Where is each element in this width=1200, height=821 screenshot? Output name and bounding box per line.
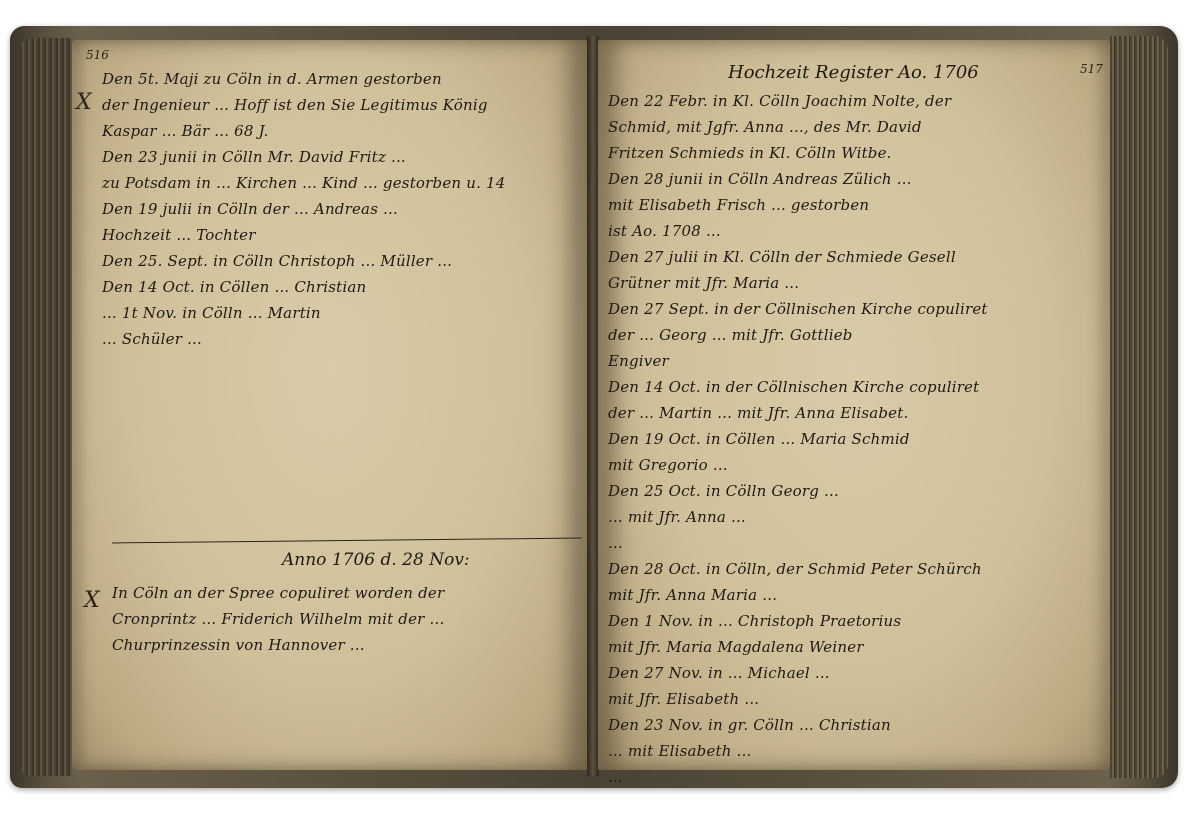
section-heading: Anno 1706 d. 28 Nov:	[282, 550, 470, 570]
entry-line: Grütner mit Jfr. Maria ...	[608, 270, 1098, 296]
page-number-left: 516	[86, 48, 109, 62]
entry-line: ...	[608, 764, 1098, 790]
entry-line: Den 1 Nov. in ... Christoph Praetorius	[608, 608, 1098, 634]
entry-line: mit Jfr. Anna Maria ...	[608, 582, 1098, 608]
entry-line: Churprinzessin von Hannover ...	[112, 632, 582, 658]
entry-line: mit Gregorio ...	[608, 452, 1098, 478]
open-book: 516 X X Den 5t. Maji zu Cöln in d. Armen…	[10, 26, 1178, 788]
entry-line: Fritzen Schmieds in Kl. Cölln Witbe.	[608, 140, 1098, 166]
entry-line: ... 1t Nov. in Cölln ... Martin	[102, 300, 582, 326]
entry-line: zu Potsdam in ... Kirchen ... Kind ... g…	[102, 170, 582, 196]
entry-line: Den 5t. Maji zu Cöln in d. Armen gestorb…	[102, 66, 582, 92]
register-heading: Hochzeit Register Ao. 1706	[728, 62, 979, 83]
entry-line: In Cöln an der Spree copuliret worden de…	[112, 580, 582, 606]
entry-line: der Ingenieur ... Hoff ist den Sie Legit…	[102, 92, 582, 118]
entry-line: Den 27 Nov. in ... Michael ...	[608, 660, 1098, 686]
margin-mark: X	[76, 90, 92, 115]
book-edge-right	[1110, 36, 1168, 778]
entry-line: Den 19 julii in Cölln der ... Andreas ..…	[102, 196, 582, 222]
section-entries: In Cöln an der Spree copuliret worden de…	[112, 580, 582, 658]
entry-line: Den 27 julii in Kl. Cölln der Schmiede G…	[608, 244, 1098, 270]
left-entries: Den 5t. Maji zu Cöln in d. Armen gestorb…	[102, 66, 582, 352]
entry-line: Den 22 Febr. in Kl. Cölln Joachim Nolte,…	[608, 88, 1098, 114]
entry-line: ... Schüler ...	[102, 326, 582, 352]
entry-line: der ... Martin ... mit Jfr. Anna Elisabe…	[608, 400, 1098, 426]
entry-line: Den 23 junii in Cölln Mr. David Fritz ..…	[102, 144, 582, 170]
entry-line: ... mit Jfr. Anna ...	[608, 504, 1098, 530]
right-entries: Den 22 Febr. in Kl. Cölln Joachim Nolte,…	[608, 88, 1098, 790]
entry-line: Den 28 junii in Cölln Andreas Zülich ...	[608, 166, 1098, 192]
entry-line: Den 25. Sept. in Cölln Christoph ... Mül…	[102, 248, 582, 274]
entry-line: ...	[608, 530, 1098, 556]
entry-line: mit Elisabeth Frisch ... gestorben	[608, 192, 1098, 218]
entry-line: Schmid, mit Jgfr. Anna ..., des Mr. Davi…	[608, 114, 1098, 140]
right-page: 517 Hochzeit Register Ao. 1706 Den 22 Fe…	[598, 40, 1110, 770]
left-page: 516 X X Den 5t. Maji zu Cöln in d. Armen…	[72, 40, 587, 770]
margin-mark: X	[84, 588, 100, 613]
entry-line: ist Ao. 1708 ...	[608, 218, 1098, 244]
entry-line: Den 25 Oct. in Cölln Georg ...	[608, 478, 1098, 504]
entry-line: Den 23 Nov. in gr. Cölln ... Christian	[608, 712, 1098, 738]
entry-line: Hochzeit ... Tochter	[102, 222, 582, 248]
entry-line: Den 19 Oct. in Cöllen ... Maria Schmid	[608, 426, 1098, 452]
entry-line: Den 14 Oct. in Cöllen ... Christian	[102, 274, 582, 300]
entry-line: mit Jfr. Elisabeth ...	[608, 686, 1098, 712]
divider-rule	[112, 538, 582, 544]
entry-line: Engiver	[608, 348, 1098, 374]
entry-line: mit Jfr. Maria Magdalena Weiner	[608, 634, 1098, 660]
book-edge-left	[20, 38, 72, 776]
entry-line: Den 14 Oct. in der Cöllnischen Kirche co…	[608, 374, 1098, 400]
page-number-right: 517	[1080, 62, 1103, 76]
entry-line: Cronprintz ... Friderich Wilhelm mit der…	[112, 606, 582, 632]
entry-line: Den 28 Oct. in Cölln, der Schmid Peter S…	[608, 556, 1098, 582]
entry-line: Den 27 Sept. in der Cöllnischen Kirche c…	[608, 296, 1098, 322]
entry-line: der ... Georg ... mit Jfr. Gottlieb	[608, 322, 1098, 348]
entry-line: Kaspar ... Bär ... 68 J.	[102, 118, 582, 144]
entry-line: ... mit Elisabeth ...	[608, 738, 1098, 764]
